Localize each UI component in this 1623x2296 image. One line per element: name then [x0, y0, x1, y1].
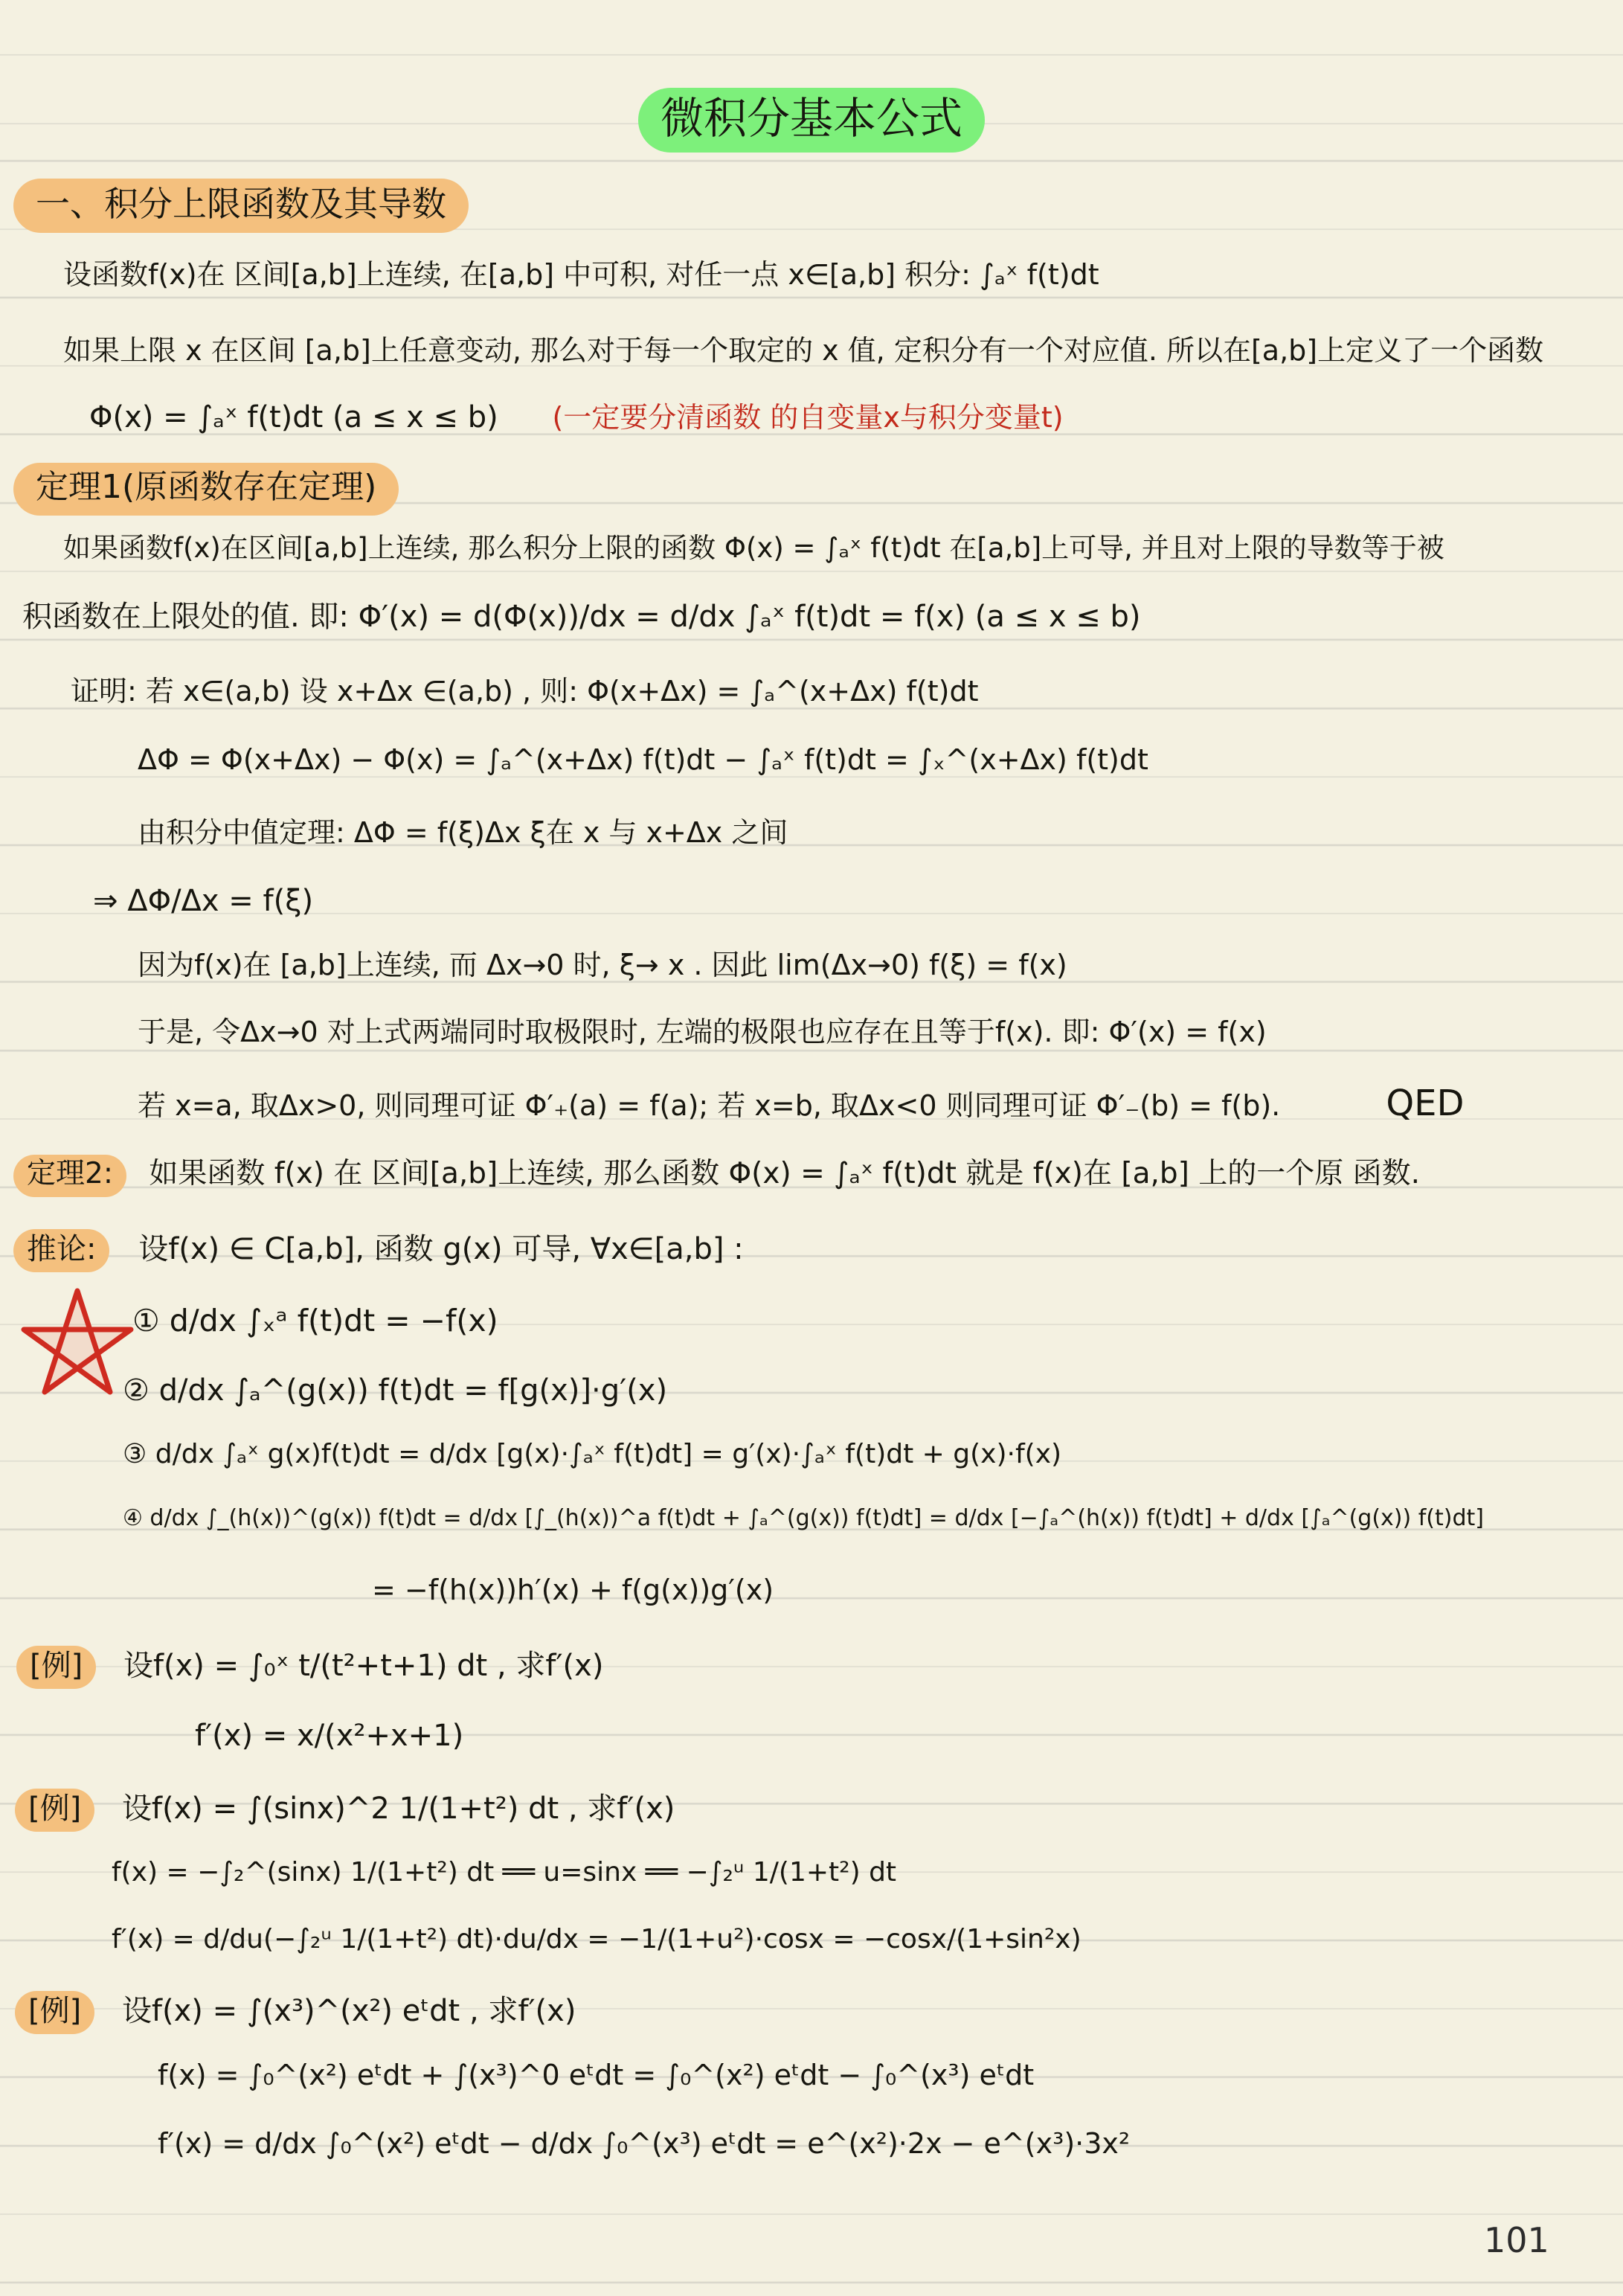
- note-line-proof5: 因为f(x)在 [a,b]上连续, 而 Δx→0 时, ξ→ x . 因此 li…: [138, 949, 1067, 982]
- note-line-proof3: 由积分中值定理: ΔΦ = f(ξ)Δx ξ在 x 与 x+Δx 之间: [138, 817, 788, 850]
- corollary-item-2: ② d/dx ∫ₐ^(g(x)) f(t)dt = f[g(x)]·g′(x): [123, 1373, 667, 1408]
- section1-heading: 一、积分上限函数及其导数: [13, 179, 469, 233]
- example2-label: [例]: [28, 1792, 81, 1826]
- theorem1-heading-text: 定理1(原函数存在定理): [36, 468, 376, 506]
- note-line-para2: 如果上限 x 在区间 [a,b]上任意变动, 那么对于每一个取定的 x 值, 定…: [63, 335, 1543, 368]
- example2-line: [例] 设f(x) = ∫(sinx)^2 1/(1+t²) dt , 求f′(…: [15, 1789, 675, 1832]
- theorem2-label: 定理2:: [27, 1157, 113, 1190]
- phi-definition: Φ(x) = ∫ₐˣ f(t)dt (a ≤ x ≤ b): [89, 400, 498, 434]
- red-annotation: (一定要分清函数 的自变量x与积分变量t): [552, 401, 1063, 434]
- notes-page: 微积分基本公式 一、积分上限函数及其导数 设函数f(x)在 区间[a,b]上连续…: [0, 0, 1623, 2296]
- corollary-item-4-continued: = −f(h(x))h′(x) + f(g(x))g′(x): [372, 1574, 774, 1607]
- example3-highlight: [例]: [15, 1991, 94, 2034]
- example1-line: [例] 设f(x) = ∫₀ˣ t/(t²+t+1) dt , 求f′(x): [16, 1646, 603, 1689]
- example1-solution-1: f′(x) = x/(x²+x+1): [195, 1719, 463, 1753]
- note-line-thm1-s1: 如果函数f(x)在区间[a,b]上连续, 那么积分上限的函数 Φ(x) = ∫ₐ…: [63, 533, 1444, 565]
- page-number: 101: [1484, 2221, 1549, 2260]
- title-highlight: 微积分基本公式: [638, 88, 985, 153]
- theorem2-statement: 如果函数 f(x) 在 区间[a,b]上连续, 那么函数 Φ(x) = ∫ₐˣ …: [149, 1157, 1420, 1190]
- note-line-phi-def: Φ(x) = ∫ₐˣ f(t)dt (a ≤ x ≤ b) (一定要分清函数 的…: [89, 400, 1064, 434]
- qed-mark: QED: [1386, 1083, 1464, 1124]
- corollary-item-1: ① d/dx ∫ₓᵃ f(t)dt = −f(x): [132, 1303, 498, 1338]
- note-line-proof2: ΔΦ = Φ(x+Δx) − Φ(x) = ∫ₐ^(x+Δx) f(t)dt −…: [138, 744, 1148, 777]
- corollary-line: 推论: 设f(x) ∈ C[a,b], 函数 g(x) 可导, ∀x∈[a,b]…: [13, 1229, 744, 1272]
- example3-problem: 设f(x) = ∫(x³)^(x²) eᵗdt , 求f′(x): [122, 1994, 576, 2028]
- title-text: 微积分基本公式: [661, 93, 962, 144]
- corollary-highlight: 推论:: [13, 1229, 109, 1272]
- example1-highlight: [例]: [16, 1646, 96, 1689]
- note-line-proof6: 于是, 令Δx→0 对上式两端同时取极限时, 左端的极限也应存在且等于f(x).…: [138, 1016, 1267, 1049]
- example3-label: [例]: [28, 1994, 81, 2028]
- example1-problem: 设f(x) = ∫₀ˣ t/(t²+t+1) dt , 求f′(x): [123, 1649, 604, 1683]
- proof7-text: 若 x=a, 取Δx>0, 则同理可证 Φ′₊(a) = f(a); 若 x=b…: [138, 1089, 1280, 1122]
- theorem2-line: 定理2: 如果函数 f(x) 在 区间[a,b]上连续, 那么函数 Φ(x) =…: [13, 1155, 1420, 1197]
- corollary-intro: 设f(x) ∈ C[a,b], 函数 g(x) 可导, ∀x∈[a,b] :: [138, 1232, 743, 1266]
- example3-solution-2: f′(x) = d/dx ∫₀^(x²) eᵗdt − d/dx ∫₀^(x³)…: [158, 2128, 1130, 2161]
- section1-highlight: 一、积分上限函数及其导数: [13, 179, 469, 233]
- note-line-para1: 设函数f(x)在 区间[a,b]上连续, 在[a,b] 中可积, 对任一点 x∈…: [63, 259, 1099, 292]
- star-icon: [21, 1281, 134, 1412]
- example3-line: [例] 设f(x) = ∫(x³)^(x²) eᵗdt , 求f′(x): [15, 1991, 576, 2034]
- example2-solution-1: f(x) = −∫₂^(sinx) 1/(1+t²) dt ══ u=sinx …: [112, 1857, 896, 1888]
- example2-solution-2: f′(x) = d/du(−∫₂ᵘ 1/(1+t²) dt)·du/dx = −…: [112, 1924, 1082, 1955]
- example2-problem: 设f(x) = ∫(sinx)^2 1/(1+t²) dt , 求f′(x): [122, 1792, 675, 1826]
- corollary-label: 推论:: [27, 1232, 96, 1266]
- theorem2-highlight: 定理2:: [13, 1155, 126, 1197]
- corollary-item-3: ③ d/dx ∫ₐˣ g(x)f(t)dt = d/dx [g(x)·∫ₐˣ f…: [123, 1439, 1061, 1469]
- example3-solution-1: f(x) = ∫₀^(x²) eᵗdt + ∫(x³)^0 eᵗdt = ∫₀^…: [158, 2059, 1034, 2092]
- example2-highlight: [例]: [15, 1789, 94, 1832]
- note-line-proof7: 若 x=a, 取Δx>0, 则同理可证 Φ′₊(a) = f(a); 若 x=b…: [138, 1083, 1464, 1124]
- section1-heading-text: 一、积分上限函数及其导数: [36, 184, 446, 224]
- note-line-thm1-s2: 积函数在上限处的值. 即: Φ′(x) = d(Φ(x))/dx = d/dx …: [22, 600, 1140, 634]
- example1-label: [例]: [30, 1649, 83, 1683]
- corollary-item-4: ④ d/dx ∫_(h(x))^(g(x)) f(t)dt = d/dx [∫_…: [123, 1506, 1484, 1532]
- theorem1-heading: 定理1(原函数存在定理): [13, 463, 399, 516]
- page-title: 微积分基本公式: [638, 88, 985, 153]
- note-line-proof4: ⇒ ΔΦ/Δx = f(ξ): [93, 884, 313, 918]
- theorem1-highlight: 定理1(原函数存在定理): [13, 463, 399, 516]
- note-line-proof1: 证明: 若 x∈(a,b) 设 x+Δx ∈(a,b) , 则: Φ(x+Δx)…: [71, 676, 978, 708]
